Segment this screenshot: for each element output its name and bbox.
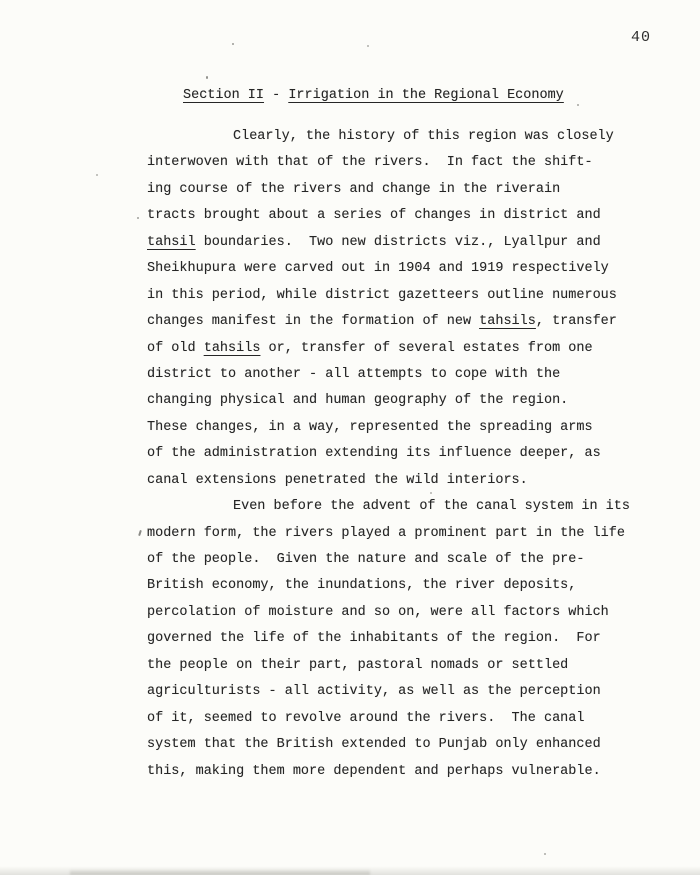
text-segment: boundaries. Two new districts viz., Lyal… (196, 235, 601, 250)
text-line: tracts brought about a series of changes… (147, 203, 630, 229)
body-text: Clearly, the history of this region was … (147, 124, 630, 785)
text-line: British economy, the inundations, the ri… (147, 573, 630, 599)
text-segment: interwoven with that of the rivers. In f… (147, 155, 593, 170)
text-line: district to another - all attempts to co… (147, 362, 630, 388)
text-segment: percolation of moisture and so on, were … (147, 605, 609, 620)
text-segment: Clearly, the history of this region was … (233, 129, 614, 144)
heading-underlined-segment: Section II (183, 88, 264, 103)
page-number: 40 (631, 29, 651, 46)
scan-artifact (577, 104, 579, 106)
text-segment: , transfer (536, 314, 617, 329)
text-line: ing course of the rivers and change in t… (147, 177, 630, 203)
text-line: tahsil boundaries. Two new districts viz… (147, 230, 630, 256)
text-segment: agriculturists - all activity, as well a… (147, 684, 601, 699)
heading-separator: - (264, 88, 288, 103)
underlined-term: tahsils (204, 341, 261, 356)
text-line: of the people. Given the nature and scal… (147, 547, 630, 573)
text-segment: of the people. Given the nature and scal… (147, 552, 584, 567)
scan-edge-shadow (70, 869, 370, 875)
text-segment: modern form, the rivers played a promine… (147, 526, 625, 541)
underlined-term: tahsils (479, 314, 536, 329)
text-line: the people on their part, pastoral nomad… (147, 653, 630, 679)
underlined-term: tahsil (147, 235, 196, 250)
text-segment: These changes, in a way, represented the… (147, 420, 593, 435)
scan-artifact (544, 853, 546, 855)
text-segment: ing course of the rivers and change in t… (147, 182, 560, 197)
text-line: Even before the advent of the canal syst… (147, 494, 630, 520)
text-line: These changes, in a way, represented the… (147, 415, 630, 441)
document-page: 40 Section II - Irrigation in the Region… (0, 0, 700, 875)
section-heading: Section II - Irrigation in the Regional … (183, 88, 564, 103)
text-segment: British economy, the inundations, the ri… (147, 578, 576, 593)
text-segment: or, transfer of several estates from one (260, 341, 592, 356)
text-line: modern form, the rivers played a promine… (147, 521, 630, 547)
text-segment: in this period, while district gazetteer… (147, 288, 617, 303)
text-segment: changes manifest in the formation of new (147, 314, 479, 329)
text-segment: district to another - all attempts to co… (147, 367, 560, 382)
text-line: governed the life of the inhabitants of … (147, 626, 630, 652)
scan-artifact (138, 530, 142, 536)
text-line: of it, seemed to revolve around the rive… (147, 706, 630, 732)
text-line: changing physical and human geography of… (147, 388, 630, 414)
text-segment: the people on their part, pastoral nomad… (147, 658, 568, 673)
text-line: changes manifest in the formation of new… (147, 309, 630, 335)
text-segment: changing physical and human geography of… (147, 393, 568, 408)
text-line: this, making them more dependent and per… (147, 759, 630, 785)
text-line: interwoven with that of the rivers. In f… (147, 150, 630, 176)
text-segment: Sheikhupura were carved out in 1904 and … (147, 261, 609, 276)
text-segment: governed the life of the inhabitants of … (147, 631, 601, 646)
text-line: of old tahsils or, transfer of several e… (147, 336, 630, 362)
text-line: of the administration extending its infl… (147, 441, 630, 467)
text-line: Clearly, the history of this region was … (147, 124, 630, 150)
scan-artifact (96, 174, 98, 176)
scan-artifact (430, 492, 432, 494)
text-line: percolation of moisture and so on, were … (147, 600, 630, 626)
text-segment: of old (147, 341, 204, 356)
text-segment: canal extensions penetrated the wild int… (147, 473, 528, 488)
text-segment: of the administration extending its infl… (147, 446, 601, 461)
heading-underlined-segment: Irrigation in the Regional Economy (288, 88, 563, 103)
text-segment: system that the British extended to Punj… (147, 737, 601, 752)
text-line: system that the British extended to Punj… (147, 732, 630, 758)
text-line: canal extensions penetrated the wild int… (147, 468, 630, 494)
text-segment: Even before the advent of the canal syst… (233, 499, 630, 514)
text-line: in this period, while district gazetteer… (147, 283, 630, 309)
text-segment: tracts brought about a series of changes… (147, 208, 601, 223)
scan-artifact (232, 43, 234, 45)
scan-artifact (367, 45, 369, 47)
scan-artifact (137, 217, 139, 219)
text-line: Sheikhupura were carved out in 1904 and … (147, 256, 630, 282)
text-segment: this, making them more dependent and per… (147, 764, 601, 779)
scan-artifact (206, 76, 208, 79)
text-line: agriculturists - all activity, as well a… (147, 679, 630, 705)
text-segment: of it, seemed to revolve around the rive… (147, 711, 584, 726)
